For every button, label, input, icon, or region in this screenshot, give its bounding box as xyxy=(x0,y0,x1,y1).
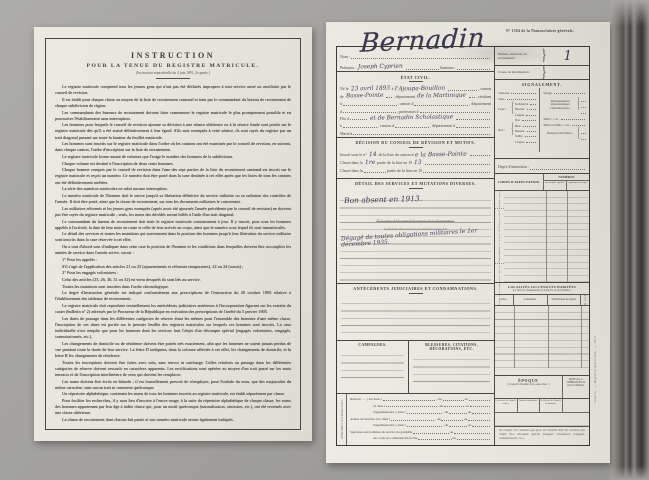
printer-imprint-vertical: Guerre. — Registre matricule. — 1911. xyxy=(593,334,597,403)
group-disponibilite: Disponibilité et réserve de l'armée acti… xyxy=(495,208,504,263)
table-vertical-rule xyxy=(548,306,549,368)
instruction-title: INSTRUCTION xyxy=(55,51,291,60)
dotted-blank xyxy=(386,406,437,407)
instruction-paragraph: Le degré d'instruction générale est indi… xyxy=(55,290,291,302)
printed-label: , du xyxy=(443,424,448,428)
campagnes-blessures-row: CAMPAGNES. BLESSURES, CITATIONS, DÉCORAT… xyxy=(337,340,494,393)
name-lines: Nom :Prénoms :Joseph CyprienSurnoms : xyxy=(337,47,494,71)
printed-label: , profession d xyxy=(397,110,419,115)
matricule-form: Nom :Prénoms :Joseph CyprienSurnoms : ÉT… xyxy=(336,46,590,446)
handwritten-bon-absent: Bon absent en 1913. xyxy=(344,194,422,205)
form-line: Marié à xyxy=(337,129,494,136)
localites-body xyxy=(495,306,589,368)
form-line: Armée territoriale {1re dans l, duau xyxy=(347,416,494,423)
dotted-blank xyxy=(448,90,477,91)
instruction-paragraph: Le commandant du bureau de recrutement d… xyxy=(55,219,291,231)
epoque-table: ÉPOQUE ( à laquelle l'homme doit passer … xyxy=(495,376,589,445)
signalement-left: Cheveux Yeux Front : { InclinaisonHauteu… xyxy=(495,88,539,152)
instruction-paragraph: Pour faciliter les recherches, il y aura… xyxy=(55,398,291,416)
corps-col-header: CORPS D'AFFECTATION. xyxy=(495,174,544,190)
dotted-blank xyxy=(418,439,451,440)
localites-subtitle: par suite de changements de domicile ou … xyxy=(495,289,589,292)
printed-label: Nom : xyxy=(340,55,350,60)
printed-label: , du xyxy=(443,411,448,415)
marques-label: Marques particulières : xyxy=(543,132,577,135)
section-rule xyxy=(409,188,423,189)
corps-table-body xyxy=(504,191,589,282)
degre-instruction-label: Degré d'instruction : xyxy=(498,166,529,171)
front-label: Front : xyxy=(498,107,511,111)
dotted-blank xyxy=(386,97,392,98)
antecedents-title: ANTÉCÉDENTS JUDICIAIRES ET CONDAMNATIONS… xyxy=(337,284,494,292)
date-liberation-header: DATE de LA LIBÉRATION du service militai… xyxy=(563,376,589,398)
numeros-col-header: NUMÉROS au contrôle spécial. matricule a… xyxy=(544,174,589,190)
handwritten-entry: Basse-Pointe xyxy=(346,94,384,100)
table-vertical-rule xyxy=(546,191,547,282)
periodes-vertical-label-strip: PÉRIODES D'EXERCICES. xyxy=(337,394,347,445)
dotted-blank xyxy=(413,433,449,434)
matricule-corps-label: matricule au corps. xyxy=(567,181,589,190)
services-title: DÉTAIL DES SERVICES ET MUTATIONS DIVERSE… xyxy=(337,179,494,187)
instruction-paragraph: Celui des articles (23, 26, 30, 31 ou 32… xyxy=(55,277,291,283)
epoque-subtitle: ( à laquelle l'homme doit passer dans : … xyxy=(495,383,562,386)
services-ruled-area: Bon absent en 1913. N'a pas été appelé s… xyxy=(340,194,491,281)
instruction-paragraph: La classe de recrutement dont chacun fai… xyxy=(55,417,291,423)
printed-label: 2e dans l xyxy=(373,405,385,409)
dotted-blank xyxy=(457,69,490,70)
signalement-columns: Cheveux Yeux Front : { InclinaisonHauteu… xyxy=(495,88,589,152)
localites-header-row: Dates. Communes. Subdivisions de région.… xyxy=(495,294,589,306)
renseignements-lines xyxy=(581,96,586,115)
dotted-blank xyxy=(350,119,367,120)
degre-instruction-row: Degré d'instruction : xyxy=(495,159,589,174)
form-left-column: Nom :Prénoms :Joseph CyprienSurnoms : ÉT… xyxy=(337,47,495,445)
dotted-blank xyxy=(469,97,475,98)
instruction-body: Le registre matricule comprend tous les … xyxy=(55,84,291,423)
printed-label: Du xyxy=(413,437,417,441)
handwritten-entry: 14 xyxy=(369,152,377,158)
printed-label: au xyxy=(468,424,471,428)
nez-items: DosBaseHauteurSaillieLargeur xyxy=(515,117,537,144)
printed-label: Armée territoriale { xyxy=(350,418,377,422)
printed-label: Réserve . . . { xyxy=(350,398,368,402)
dotted-blank xyxy=(470,155,490,156)
form-line: Spéciales aux hommes du service de garde… xyxy=(347,429,494,436)
title-rule xyxy=(156,78,190,79)
brace-glyph: { xyxy=(511,123,514,137)
instruction-page: INSTRUCTION POUR LA TENUE DU REGISTRE MA… xyxy=(34,27,312,441)
epoque-main-header: ÉPOQUE ( à laquelle l'homme doit passer … xyxy=(495,376,563,398)
book-binding-edge xyxy=(610,0,649,480)
dotted-blank xyxy=(353,134,490,135)
instruction-paragraph: Les hommes sont inscrits sur le registre… xyxy=(55,141,291,153)
numero-matricule-label: Numéro matricule du recrutement : xyxy=(495,52,541,61)
dotted-blank xyxy=(414,105,468,106)
nomenclature-imprint: N° 1504 de la Nomenclature générale. xyxy=(506,29,574,33)
decision-lines: Inscrit sous le n°14de la liste du canto… xyxy=(337,149,494,174)
etat-civil-lines: Né le23 avril 1893àl'Ajoupa-Bouillon, ca… xyxy=(337,85,494,137)
brace-glyph: } xyxy=(541,48,546,65)
dotted-blank xyxy=(383,400,436,401)
field-visage: Visage xyxy=(543,89,586,95)
instruction-paragraph: Il est établi pour chaque classe au moye… xyxy=(55,97,291,109)
instruction-subtitle: POUR LA TENUE DU REGISTRE MATRICULE. xyxy=(55,63,291,69)
renseignements-block: Renseignements physionomiques complément… xyxy=(543,96,586,115)
dotted-blank xyxy=(423,172,490,173)
printed-label: Du xyxy=(408,431,412,435)
printed-label: , canton d xyxy=(398,102,414,107)
instruction-paragraph: S'il s'agit de l'application des article… xyxy=(55,264,291,270)
printed-label: de la liste du canton d xyxy=(378,153,413,158)
front-items: InclinaisonHauteurLargeur xyxy=(515,101,537,117)
form-line: Supplémentaire } dans l, duau xyxy=(347,422,494,429)
dotted-blank xyxy=(454,433,490,434)
dotted-blank xyxy=(472,426,490,427)
printed-label: au xyxy=(465,398,468,402)
antecedents-section: ANTÉCÉDENTS JUDICIAIRES ET CONDAMNATIONS… xyxy=(337,283,494,340)
form-line: Inscrit sous le n°14de la liste du canto… xyxy=(337,149,494,157)
dotted-blank xyxy=(468,420,490,421)
instruction-paragraph: On a tout d'abord soin d'indiquer dans c… xyxy=(55,244,291,256)
instruction-paragraph: Toutes les inscriptions doivent être fai… xyxy=(55,360,291,378)
decision-title: DÉCISION DU CONSEIL DE RÉVISION ET MOTIF… xyxy=(337,138,494,146)
dotted-blank xyxy=(444,406,464,407)
instruction-paragraph: Les hommes pour lesquels le conseil de r… xyxy=(55,122,291,140)
printed-label: partie de la liste en 19 xyxy=(387,169,422,174)
numero-matricule-value: 1 xyxy=(547,49,589,64)
printed-label: Fils d xyxy=(340,117,349,122)
blessures-title-line2: DÉCORATIONS, ETC. xyxy=(429,347,473,351)
localites-table: LOCALITÉS SUCCESSIVES HABITÉES par suite… xyxy=(495,283,589,376)
printed-label: à xyxy=(340,102,342,107)
handwritten-entry: de la Martinique xyxy=(417,94,466,101)
instruction-paragraph: La série des numéros matricules ne subit… xyxy=(55,186,291,192)
col-reserve-territoriale: la réserve de l'armée territoriale. xyxy=(540,399,563,412)
epoque-body xyxy=(495,413,589,427)
group-label: Armée territoriale et sa réserve. xyxy=(498,264,501,305)
dotted-blank xyxy=(407,413,443,414)
form-line: Classé dans lapartie de la liste en 19 xyxy=(337,166,494,174)
col-d-ou-r: D. ou R. xyxy=(581,295,589,305)
form-line: Classé dans la1repartie de la liste en 1… xyxy=(337,158,494,166)
printed-label: , département xyxy=(393,95,415,100)
form-line: Prénoms :Joseph CyprienSurnoms : xyxy=(337,60,494,71)
campagnes-title: CAMPAGNES. xyxy=(337,341,408,348)
corps-table-header: CORPS D'AFFECTATION. NUMÉROS au contrôle… xyxy=(495,174,589,191)
form-line: Fils det de Bernadin Scholastique xyxy=(337,115,494,122)
instruction-paragraph: Chaque homme compris par le conseil de r… xyxy=(55,167,291,185)
nez-label: Nez : xyxy=(498,128,511,132)
instruction-paragraph: 1° Pour les appelés : xyxy=(55,257,291,263)
instruction-paragraph: Les militaires réformés et les jeunes ge… xyxy=(55,206,291,218)
dotted-blank xyxy=(456,119,490,120)
nez-group: Nez : { DosBaseHauteurSaillieLargeur xyxy=(498,117,537,144)
services-section: DÉTAIL DES SERVICES ET MUTATIONS DIVERSE… xyxy=(337,178,494,283)
printed-label: au xyxy=(450,431,453,435)
printed-label: Né le xyxy=(340,87,349,92)
epoque-footnote: Ne remplir ces colonnes que pour les hom… xyxy=(495,427,589,445)
form-line: Né le23 avril 1893àl'Ajoupa-Bouillon, ca… xyxy=(337,85,494,92)
taille-label: Taille : 1 m. xyxy=(543,117,558,121)
front-group: Front : { InclinaisonHauteurLargeur xyxy=(498,101,537,117)
instruction-paragraph: Les commandants des bureaux de recruteme… xyxy=(55,110,291,122)
dotted-blank xyxy=(470,406,490,407)
periodes-section: PÉRIODES D'EXERCICES. Réserve . . . {1re… xyxy=(337,393,494,445)
printed-label: Supplémentaire } dans l xyxy=(373,411,406,415)
campagnes-box: CAMPAGNES. xyxy=(337,341,409,393)
dotted-blank xyxy=(472,413,490,414)
instruction-paragraph: Les dates de passage dans les différente… xyxy=(55,316,291,340)
form-line: des voies de communication :Duau xyxy=(347,435,494,442)
scanned-register-spread: INSTRUCTION POUR LA TENUE DU REGISTRE MA… xyxy=(0,0,649,480)
printed-label: au xyxy=(453,437,456,441)
col-armee-territoriale: l'armée territoriale. xyxy=(518,399,541,412)
printed-label: , canton d xyxy=(378,124,394,129)
printed-label: au xyxy=(468,411,471,415)
instruction-paragraph: Un répertoire alphabétique, contenant le… xyxy=(55,391,291,397)
printed-label: à xyxy=(392,87,394,92)
instruction-paragraph: Le registre matricule forme autant de vo… xyxy=(55,154,291,160)
printed-label: 1re dans l xyxy=(377,418,390,422)
form-line: à, canton d, département d xyxy=(337,122,494,129)
epoque-subcolumns: la réserve de l'armée active. l'armée te… xyxy=(495,399,589,413)
form-line: Supplémentaire } dans l, duau xyxy=(347,409,494,416)
printed-label: partie de la liste en 19 xyxy=(377,161,412,166)
section-rule xyxy=(409,81,423,82)
printed-label: , département xyxy=(469,102,491,107)
printed-label: des voies de communication : xyxy=(373,437,413,441)
marques-lines xyxy=(581,128,586,140)
col-d-ou-r-label: D. ou R. xyxy=(583,293,587,305)
printed-label: 1re dans l xyxy=(368,398,381,402)
group-label: Disponibilité et réserve de l'armée acti… xyxy=(498,209,501,263)
instruction-paragraph: Les noms doivent être écrits en bâtarde … xyxy=(55,379,291,391)
dotted-blank xyxy=(364,172,386,173)
printed-label: au xyxy=(464,418,467,422)
form-line: deBasse-Pointe, départementde la Martini… xyxy=(337,92,494,99)
printed-label: , résidant xyxy=(476,95,491,100)
dotted-blank xyxy=(449,426,467,427)
table-vertical-rule xyxy=(567,191,568,282)
form-line: 2e dans l, duau xyxy=(347,402,494,409)
printed-label: Inscrit sous le n° xyxy=(340,153,367,158)
instruction-paragraph: Toutes les mutations sont inscrites dans… xyxy=(55,284,291,290)
printed-label: à xyxy=(340,124,342,129)
form-right-column: Numéro matricule du recrutement : } 1 Cl… xyxy=(495,47,589,445)
table-vertical-rule xyxy=(581,306,582,368)
instruction-paragraph: Le registre matricule doit reproduire te… xyxy=(55,303,291,315)
col-subdivisions: Subdivisions de région. xyxy=(548,295,582,305)
blessures-ruled-area xyxy=(413,353,490,385)
printed-label: d xyxy=(340,110,342,115)
antecedents-ruled-area xyxy=(341,297,490,337)
blessures-box: BLESSURES, CITATIONS, DÉCORATIONS, ETC. xyxy=(409,341,494,393)
numeros-label: NUMÉROS xyxy=(544,174,589,181)
table-vertical-rule xyxy=(514,306,515,368)
taille-rect-label: Taille rectifiée : 1 m. xyxy=(543,123,570,127)
printed-label: , département d xyxy=(430,124,455,129)
printed-label: , du xyxy=(436,398,441,402)
epoque-title: ÉPOQUE xyxy=(495,376,562,383)
handwritten-entry: l'Ajoupa-Bouillon xyxy=(395,86,445,93)
instruction-note: (Instruction ministérielle du 4 juin 189… xyxy=(55,71,291,75)
periodes-vertical-label: PÉRIODES D'EXERCICES. xyxy=(340,399,344,439)
instruction-paragraph: Le numéro matricule de l'homme doit le s… xyxy=(55,193,291,205)
printed-label: , du xyxy=(438,405,443,409)
dotted-blank xyxy=(343,127,377,128)
dotted-blank xyxy=(443,400,464,401)
renseignements-label: Renseignements physionomiques complément… xyxy=(543,100,577,110)
printed-label: Spéciales aux hommes du service de garde xyxy=(350,431,408,435)
handwritten-entry: 1re xyxy=(365,160,375,166)
dotted-blank xyxy=(469,400,490,401)
marques-block: Marques particulières : { xyxy=(543,128,586,140)
nez-item: Largeur xyxy=(515,138,537,143)
section-rule xyxy=(409,147,423,148)
col-reserve-active: la réserve de l'armée active. xyxy=(495,399,518,412)
form-line: à, canton d, département xyxy=(337,100,494,107)
printed-label: Classé dans la xyxy=(340,161,363,166)
etat-civil-header: ÉTAT CIVIL. xyxy=(337,71,494,85)
handwritten-entry: e la Basse-Pointe xyxy=(415,151,467,158)
brace-glyph: } xyxy=(541,64,546,81)
form-line: Réserve . . . {1re dans l, duau xyxy=(347,396,494,403)
instruction-frame: INSTRUCTION POUR LA TENUE DU REGISTRE MA… xyxy=(45,38,301,430)
numeros-subcols: au contrôle spécial. matricule au corps. xyxy=(544,181,589,190)
handwritten-entry: Joseph Cyprien xyxy=(358,65,403,72)
handwritten-entry: 13 xyxy=(414,160,422,166)
col-communes: Communes. xyxy=(514,295,548,305)
instruction-paragraph: 2° Pour les engagés volontaires : xyxy=(55,270,291,276)
blessures-title: BLESSURES, CITATIONS, DÉCORATIONS, ETC. xyxy=(409,341,494,352)
campagnes-ruled-area xyxy=(341,349,404,381)
classe-mobilisation-box: Classe de mobilisation : } xyxy=(495,66,589,80)
dotted-blank xyxy=(343,112,396,113)
printed-label: , canton xyxy=(478,87,491,92)
dotted-blank xyxy=(391,420,434,421)
dotted-blank xyxy=(456,127,490,128)
brace-glyph: { xyxy=(577,98,580,112)
dotted-blank xyxy=(457,439,490,440)
dotted-blank xyxy=(441,420,463,421)
dotted-blank xyxy=(395,127,429,128)
corps-affectation-table: CORPS D'AFFECTATION. NUMÉROS au contrôle… xyxy=(495,174,589,283)
dotted-blank xyxy=(530,169,585,170)
instruction-paragraph: Le registre matricule comprend tous les … xyxy=(55,84,291,96)
group-territoriale: Armée territoriale et sa réserve. xyxy=(495,263,504,305)
signalement-right: Visage Renseignements physionomiques com… xyxy=(539,88,589,152)
numero-matricule-box: Numéro matricule du recrutement : } 1 xyxy=(495,47,589,66)
decision-section: DÉCISION DU CONSEIL DE RÉVISION ET MOTIF… xyxy=(337,137,494,178)
instruction-paragraph: Les changements de domicile ou de réside… xyxy=(55,341,291,359)
form-line: d, profession d xyxy=(337,107,494,114)
col-date-liberation xyxy=(563,399,589,412)
instruction-paragraph: Le détail des services et toutes les mut… xyxy=(55,231,291,243)
corps-group-labels: Armée active. Disponibilité et réserve d… xyxy=(495,190,504,281)
printed-label: au xyxy=(465,405,468,409)
controle-special-label: au contrôle spécial. xyxy=(544,181,567,190)
signalement-section: SIGNALEMENT. Cheveux Yeux Front : { Incl… xyxy=(495,80,589,159)
printed-label: Supplémentaire } dans l xyxy=(373,424,406,428)
brace-glyph: { xyxy=(577,127,580,141)
group-label: Armée active. xyxy=(498,190,501,208)
form-line: Nom : xyxy=(337,47,494,60)
instruction-paragraph: Chaque volume est destiné à l'inscriptio… xyxy=(55,161,291,167)
dotted-blank xyxy=(406,69,439,70)
dotted-blank xyxy=(420,112,490,113)
matricule-page: N° 1504 de la Nomenclature générale. Ber… xyxy=(326,22,610,463)
printed-label: Classé dans la xyxy=(340,169,363,174)
dotted-blank xyxy=(351,58,490,59)
brace-glyph: { xyxy=(511,101,514,115)
printed-label: , du xyxy=(435,418,440,422)
dotted-blank xyxy=(407,426,443,427)
epoque-header: ÉPOQUE ( à laquelle l'homme doit passer … xyxy=(495,376,589,399)
section-rule xyxy=(409,293,423,294)
periodes-lines: Réserve . . . {1re dans l, duau2e dans l… xyxy=(347,394,494,445)
printed-label: de xyxy=(340,95,344,100)
dotted-blank xyxy=(425,164,490,165)
classe-mobilisation-label: Classe de mobilisation : xyxy=(495,70,541,74)
group-armee-active: Armée active. xyxy=(495,190,504,208)
dotted-blank xyxy=(449,413,467,414)
etat-civil-title: ÉTAT CIVIL. xyxy=(337,72,494,80)
dotted-blank xyxy=(343,105,397,106)
